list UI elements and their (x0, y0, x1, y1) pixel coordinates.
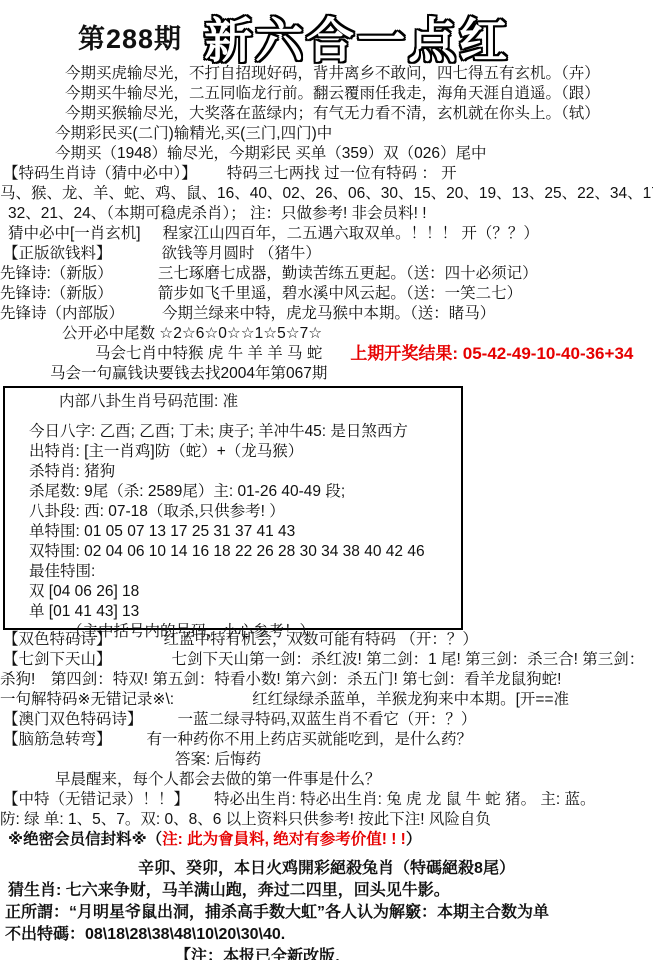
section-label: 先锋诗（内部版） (0, 304, 124, 324)
bottom-block: 辛卯、癸卯，本日火鸡開彩絕殺兔肖（特碼絕殺8尾） 猜生肖: 七六来争财，马羊满山… (0, 858, 653, 960)
qixiao-text: 马会七肖中特猴 虎 牛 羊 羊 马 蛇 (95, 344, 322, 364)
last-result-label: 上期开奖结果: (350, 344, 458, 363)
shengxiao-poem-row: 【特码生肖诗（猜中必中）】 特码三七两找 过一位有特码 ： 开 (0, 164, 653, 184)
bagua-box-title: 内部八卦生肖号码范围: 准 (29, 392, 461, 412)
bottom-shengxiao: 猜生肖: 七六来争财，马羊满山跑，奔过二四里，回头见牛影。 (0, 880, 653, 902)
zhongte-text: 特必出生肖: 特必出生肖: 兔 虎 龙 鼠 牛 蛇 猪。 主: 蓝。 (214, 790, 596, 810)
zhongte-line2: 防: 绿 单: 1、5、7。双: 0、8、6 以上资料只供参考! 按此下注! 风… (0, 810, 653, 830)
yuqian-row: 【正版欲钱料】 欲钱等月圆时 （猪牛） (0, 244, 653, 264)
xianfeng-row: 先锋诗（内部版） 今期兰绿来中特，虎龙马猴中本期。（送：睹马） (0, 304, 653, 324)
yixiao-row: 猜中必中[一肖玄机] 程家江山四百年，二五遇六取双单。！！！ 开（？？） (0, 224, 653, 244)
section-label: 【特码生肖诗（猜中必中）】 (3, 164, 197, 184)
naojin-question: 有一种药你不用上药店买就能吃到，是什么药？ (147, 730, 473, 750)
xianfeng-text: 三七琢磨七成器，勤读苦练五更起。（送：四十必须记） (158, 264, 538, 284)
bagua-line: 今日八字: 乙酉; 乙酉; 丁未; 庚子; 羊冲牛45: 是日煞西方 (29, 422, 461, 442)
shuangse-text: 红蓝中特有机会，双数可能有特码 （开：？） (164, 630, 478, 650)
page-title: 新六合一点红 (204, 2, 510, 71)
juemi-prefix: ※绝密会员信封料※（ (8, 831, 162, 848)
juemi-line: ※绝密会员信封料※（注: 此为會員料, 绝对有参考价值! ! !） (0, 830, 653, 850)
qijian-text2: 杀狗! 第四剑：特双! 第五剑：特看小数! 第六剑：杀五门! 第七剑：看羊龙鼠狗… (0, 670, 653, 690)
naojin-answer: 答案: 后悔药 (0, 750, 653, 770)
aomen-row: 【澳门双色特码诗】 一蓝二绿寻特码,双蓝生肖不看它（开：？） (0, 710, 653, 730)
bagua-line: 最佳特围: (29, 562, 461, 582)
yixiao-text: 程家江山四百年，二五遇六取双单。！！！ 开（？？） (163, 224, 539, 244)
shengxiao-numbers: 马、猴、龙、羊、蛇、鸡、鼠、16、40、02、26、06、30、15、20、19… (0, 184, 653, 204)
section-label: 先锋诗:（新版） (0, 284, 113, 304)
poem-line: 今期买猴输尽光，大奖落在蓝绿内；有气无力看不清，玄机就在你头上。（轼） (0, 104, 653, 124)
section-label: 猜中必中[一肖玄机] (8, 224, 141, 244)
bagua-line: 单 [01 41 43] 13 (29, 602, 461, 622)
section-label: 【中特（无错记录）！！】 (3, 790, 189, 810)
bagua-line: 双 [04 06 26] 18 (29, 582, 461, 602)
yingqianjue-line: 马会一句赢钱诀要钱去找2004年第067期 (0, 364, 653, 384)
section-label: 【正版欲钱料】 (3, 244, 112, 264)
section-label: 【脑筋急转弯】 (3, 730, 112, 750)
xianfeng-text: 箭步如飞千里遥，碧水溪中风云起。（送：一笑二七） (158, 284, 522, 304)
tip-sheet-page: 第288期 新六合一点红 今期买虎输尽光，不打自招现好码，背井离乡不敢问，四七得… (0, 0, 653, 960)
bagua-line: 杀尾数: 9尾（杀: 2589尾）主: 01-26 40-49 段; (29, 482, 461, 502)
bottom-exclude: 不出特碼：08\18\28\38\48\10\20\30\40. (0, 924, 653, 946)
yijujie-text: 红红绿绿杀蓝单，羊猴龙狗来中本期。[开==准 (252, 690, 569, 710)
bottom-note: 【注：本报已全新改版， (0, 946, 653, 960)
juemi-red-note: 注: 此为會員料, 绝对有参考价值! ! ! (162, 831, 406, 848)
qijian-row: 【七剑下天山】 七剑下天山第一剑：杀红波! 第二剑：1 尾! 第三剑：杀三合! … (0, 650, 653, 670)
xianfeng-row: 先锋诗:（新版） 三七琢磨七成器，勤读苦练五更起。（送：四十必须记） (0, 264, 653, 284)
bottom-saying: 正所謂：“月明星爷鼠出洞，捕杀高手数大虹”各人认为解竅：本期主合数为单 (0, 902, 653, 924)
bagua-line: 八卦段: 西: 07-18（取杀,只供参考! ） (29, 502, 461, 522)
section-label: 【双色特码诗】 (3, 630, 112, 650)
zhongte-row: 【中特（无错记录）！！】 特必出生肖: 特必出生肖: 兔 虎 龙 鼠 牛 蛇 猪… (0, 790, 653, 810)
last-result-numbers: 05-42-49-10-40-36+34 (463, 344, 634, 363)
qijian-text: 七剑下天山第一剑：杀红波! 第二剑：1 尾! 第三剑：杀三合! 第三剑： (172, 650, 645, 670)
aomen-text: 一蓝二绿寻特码,双蓝生肖不看它（开：？） (178, 710, 477, 730)
naojin-question2: 早晨醒来，每个人都会去做的第一件事是什么？ (0, 770, 653, 790)
bagua-line: 双特围: 02 04 06 10 14 16 18 22 26 28 30 34… (29, 542, 461, 562)
weishu-line: 公开必中尾数 ☆2☆6☆0☆☆1☆5☆7☆ (0, 324, 653, 344)
poem-line: 今期买虎输尽光，不打自招现好码，背井离乡不敢问，四七得五有玄机。（卉） (0, 64, 653, 84)
bagua-box: 内部八卦生肖号码范围: 准 今日八字: 乙酉; 乙酉; 丁未; 庚子; 羊冲牛4… (3, 386, 463, 630)
shengxiao-note: 32、21、24、（本期可稳虎杀肖）； 注：只做参考! 非会员料! ! (0, 204, 653, 224)
bagua-line: 杀特肖: 猪狗 (29, 462, 461, 482)
poem-line: 今期彩民买(二门)输精光,买(三门,四门)中 (0, 124, 653, 144)
juemi-suffix: ） (406, 831, 422, 848)
shuangse-row: 【双色特码诗】 红蓝中特有机会，双数可能有特码 （开：？） (0, 630, 653, 650)
poem-line: 今期买（1948）输尽光，今期彩民 买单（359）双（026）尾中 (0, 144, 653, 164)
xianfeng-row: 先锋诗:（新版） 箭步如飞千里遥，碧水溪中风云起。（送：一笑二七） (0, 284, 653, 304)
issue-number: 第288期 (78, 17, 182, 56)
section-label: 【七剑下天山】 (3, 650, 112, 670)
qixiao-row: 马会七肖中特猴 虎 牛 羊 羊 马 蛇 上期开奖结果: 05-42-49-10-… (0, 344, 653, 364)
poem-line: 今期买牛输尽光，二五同临龙行前。翻云覆雨任我走，海角天涯自逍遥。（跟） (0, 84, 653, 104)
section-label: 【澳门双色特码诗】 (3, 710, 143, 730)
bottom-headline: 辛卯、癸卯，本日火鸡開彩絕殺兔肖（特碼絕殺8尾） (0, 858, 653, 880)
shengxiao-text: 特码三七两找 过一位有特码 ： 开 (227, 164, 457, 184)
yijujie-row: 一句解特码※无错记录※\: 红红绿绿杀蓝单，羊猴龙狗来中本期。[开==准 (0, 690, 653, 710)
yuqian-text: 欲钱等月圆时 （猪牛） (162, 244, 321, 264)
bagua-line: 单特围: 01 05 07 13 17 25 31 37 41 43 (29, 522, 461, 542)
naojin-row: 【脑筋急转弯】 有一种药你不用上药店买就能吃到，是什么药？ (0, 730, 653, 750)
last-result: 上期开奖结果: 05-42-49-10-40-36+34 (350, 344, 633, 364)
section-label: 先锋诗:（新版） (0, 264, 113, 284)
xianfeng-text: 今期兰绿来中特，虎龙马猴中本期。（送：睹马） (162, 304, 495, 324)
bagua-line: 出特肖: [主一肖鸡]防（蛇）+（龙马猴） (29, 442, 461, 462)
section-label: 一句解特码※无错记录※\: (0, 690, 174, 710)
masthead: 第288期 新六合一点红 (0, 0, 653, 64)
